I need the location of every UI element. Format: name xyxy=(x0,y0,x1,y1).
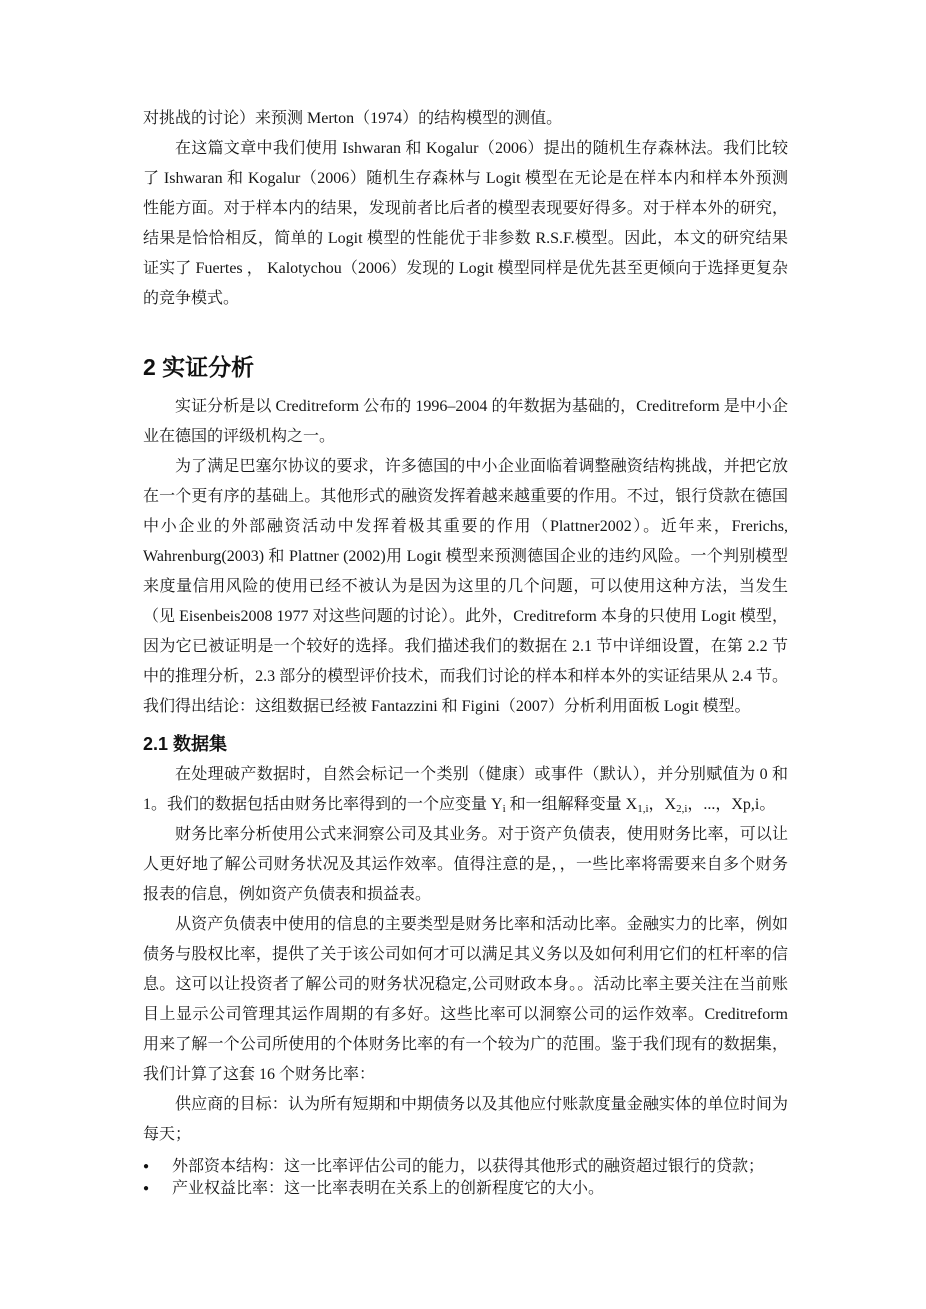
document-page: 对挑战的讨论）来预测 Merton（1974）的结构模型的测值。 在这篇文章中我… xyxy=(0,0,926,1309)
financial-ratio-bullet-list: ● 外部资本结构：这一比率评估公司的能力，以获得其他形式的融资超过银行的贷款； … xyxy=(143,1156,788,1200)
list-item: ● 产业权益比率：这一比率表明在关系上的创新程度它的大小。 xyxy=(143,1178,788,1200)
paragraph-text: ，X xyxy=(649,796,677,813)
section-2-1-paragraph-4: 供应商的目标：认为所有短期和中期债务以及其他应付账款度量金融实体的单位时间为每天… xyxy=(143,1090,788,1150)
page-content: 对挑战的讨论）来预测 Merton（1974）的结构模型的测值。 在这篇文章中我… xyxy=(143,104,788,1200)
section-2-heading: 2 实证分析 xyxy=(143,350,788,384)
section-2-1-paragraph-3: 从资产负债表中使用的信息的主要类型是财务比率和活动比率。金融实力的比率，例如债务… xyxy=(143,910,788,1090)
paragraph-text: ，...，Xp,i。 xyxy=(687,796,775,813)
paragraph-text: 和一组解释变量 X xyxy=(506,796,638,813)
section-2-1-paragraph-1: 在处理破产数据时，自然会标记一个类别（健康）或事件（默认），并分别赋值为 0 和… xyxy=(143,760,788,820)
list-item: ● 外部资本结构：这一比率评估公司的能力，以获得其他形式的融资超过银行的贷款； xyxy=(143,1156,788,1178)
bullet-icon: ● xyxy=(143,1178,172,1200)
list-item-text: 产业权益比率：这一比率表明在关系上的创新程度它的大小。 xyxy=(172,1178,788,1200)
intro-paragraph: 在这篇文章中我们使用 Ishwaran 和 Kogalur（2006）提出的随机… xyxy=(143,134,788,314)
variable-subscript: 1,i xyxy=(637,803,648,815)
section-2-1-heading: 2.1 数据集 xyxy=(143,730,788,758)
intro-paragraph-continuation: 对挑战的讨论）来预测 Merton（1974）的结构模型的测值。 xyxy=(143,104,788,134)
bullet-icon: ● xyxy=(143,1156,172,1178)
section-2-paragraph-1: 实证分析是以 Creditreform 公布的 1996–2004 的年数据为基… xyxy=(143,392,788,452)
list-item-text: 外部资本结构：这一比率评估公司的能力，以获得其他形式的融资超过银行的贷款； xyxy=(172,1156,788,1178)
section-2-1-paragraph-2: 财务比率分析使用公式来洞察公司及其业务。对于资产负债表，使用财务比率，可以让人更… xyxy=(143,820,788,910)
section-2-paragraph-2: 为了满足巴塞尔协议的要求，许多德国的中小企业面临着调整融资结构挑战，并把它放在一… xyxy=(143,452,788,722)
variable-subscript: 2,i xyxy=(676,803,687,815)
